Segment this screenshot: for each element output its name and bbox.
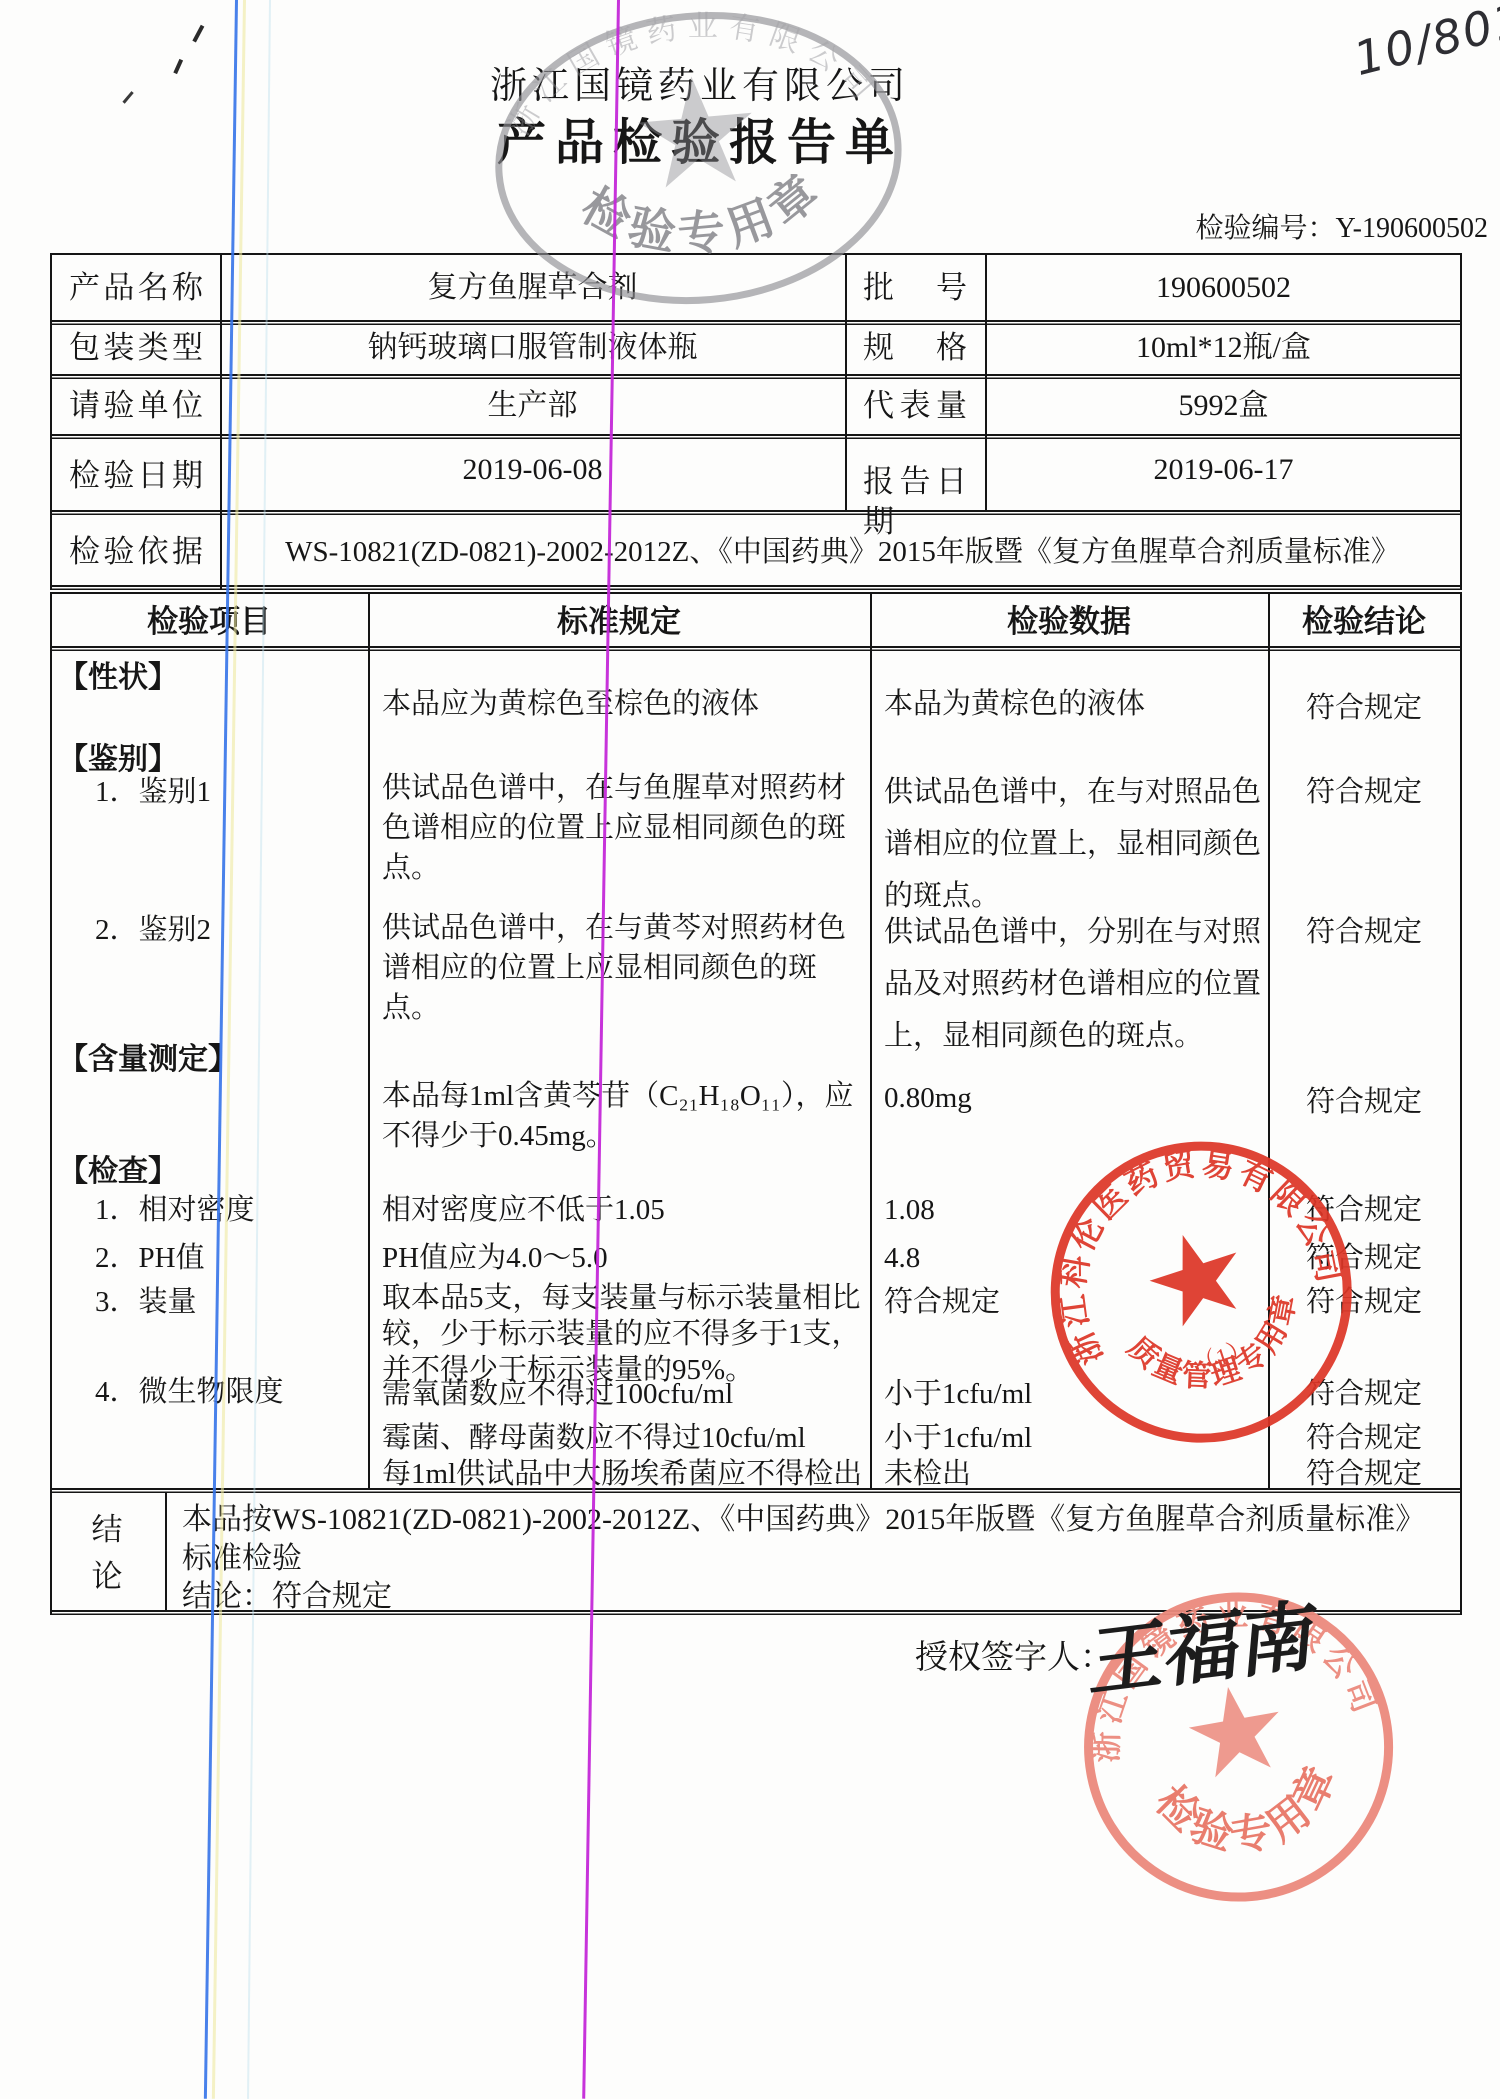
result-identification-1: 符合规定 bbox=[1268, 772, 1460, 812]
std-microbial-2: 霉菌、酵母菌数应不得过10cfu/ml bbox=[382, 1418, 864, 1458]
result-identification-2: 符合规定 bbox=[1268, 912, 1460, 952]
info-label-quantity: 代表量 bbox=[847, 386, 983, 426]
info-value-requester: 生产部 bbox=[222, 386, 843, 426]
std-identification-2: 供试品色谱中，在与黄芩对照药材色谱相应的位置上应显相同颜色的斑点。 bbox=[382, 908, 864, 1028]
stamp-label: 检验专用章 bbox=[1141, 1748, 1358, 1875]
report-page: 10/8019 浙江国镜药业有限公司 产品检验报告单 检验编号：Y-190600… bbox=[0, 0, 1500, 2099]
ink-speck bbox=[192, 25, 209, 46]
data-identification-2: 供试品色谱中，分别在与对照品及对照药材色谱相应的位置上，显相同颜色的斑点。 bbox=[884, 906, 1262, 1062]
std-microbial-1: 需氧菌数应不得过100cfu/ml bbox=[382, 1374, 864, 1414]
info-label-report-date: 报告日期 bbox=[847, 462, 983, 542]
std-density: 相对密度应不低于1.05 bbox=[382, 1190, 864, 1230]
col-header-result: 检验结论 bbox=[1268, 602, 1460, 642]
info-label-basis: 检验依据 bbox=[55, 532, 217, 572]
info-value-report-date: 2019-06-17 bbox=[987, 450, 1460, 490]
std-volume: 取本品5支，每支装量与标示装量相比较，少于标示装量的应不得多于1支，并不得少于标… bbox=[382, 1280, 864, 1388]
col-header-data: 检验数据 bbox=[870, 602, 1268, 642]
item-volume: 3．装量 bbox=[95, 1282, 197, 1322]
data-identification-1: 供试品色谱中，在与对照品色谱相应的位置上，显相同颜色的斑点。 bbox=[884, 766, 1262, 922]
star-icon bbox=[1139, 1221, 1253, 1332]
report-number-label: 检验编号： bbox=[1196, 213, 1336, 244]
info-value-basis: WS-10821(ZD-0821)-2002-2012Z、《中国药典》2015年… bbox=[235, 532, 1450, 572]
svg-text:检验专用章: 检验专用章 bbox=[1141, 1748, 1358, 1875]
std-ph: PH值应为4.0～5.0 bbox=[382, 1238, 864, 1278]
item-density: 1．相对密度 bbox=[95, 1190, 255, 1230]
data-assay: 0.80mg bbox=[884, 1078, 1262, 1118]
conclusion-text: 本品按WS-10821(ZD-0821)-2002-2012Z、《中国药典》20… bbox=[182, 1500, 1444, 1578]
info-label-requester: 请验单位 bbox=[55, 386, 217, 426]
report-number-value: Y-190600502 bbox=[1336, 213, 1488, 244]
scan-line-cyan bbox=[247, 0, 271, 2099]
col-header-item: 检验项目 bbox=[50, 602, 368, 642]
info-value-quantity: 5992盒 bbox=[987, 386, 1460, 426]
item-ph: 2．PH值 bbox=[95, 1238, 205, 1278]
std-identification-1: 供试品色谱中，在与鱼腥草对照药材色谱相应的位置上应显相同颜色的斑点。 bbox=[382, 768, 864, 888]
inspection-stamp-gray: 浙江国镜药业有限公司 检验专用章 bbox=[470, 0, 928, 341]
section-inspection: 【检查】 bbox=[58, 1152, 178, 1192]
col-header-standard: 标准规定 bbox=[368, 602, 870, 642]
info-label-spec: 规格 bbox=[847, 328, 983, 368]
std-assay: 本品每1ml含黄芩苷（C₂₁H₁₈O₁₁），应不得少于0.45mg。 bbox=[382, 1076, 864, 1156]
info-label-package: 包装类型 bbox=[55, 328, 217, 368]
std-appearance: 本品应为黄棕色至棕色的液体 bbox=[382, 684, 864, 724]
std-microbial-3: 每1ml供试品中大肠埃希菌应不得检出 bbox=[382, 1454, 864, 1494]
section-appearance: 【性状】 bbox=[58, 658, 178, 698]
item-identification-2: 2．鉴别2 bbox=[95, 910, 211, 950]
stamp-label: 检验专用章 bbox=[569, 159, 838, 272]
result-microbial-3: 符合规定 bbox=[1268, 1454, 1460, 1494]
info-value-spec: 10ml*12瓶/盒 bbox=[987, 328, 1460, 368]
star-icon bbox=[635, 71, 758, 189]
info-label-test-date: 检验日期 bbox=[55, 456, 217, 496]
section-assay: 【含量测定】 bbox=[58, 1040, 238, 1080]
data-appearance: 本品为黄棕色的液体 bbox=[884, 684, 1262, 724]
info-label-product: 产品名称 bbox=[55, 268, 217, 308]
svg-text:检验专用章: 检验专用章 bbox=[569, 159, 838, 272]
result-appearance: 符合规定 bbox=[1268, 688, 1460, 728]
item-identification-1: 1．鉴别1 bbox=[95, 772, 211, 812]
info-value-test-date: 2019-06-08 bbox=[222, 450, 843, 490]
report-number: 检验编号：Y-190600502 bbox=[1196, 206, 1488, 246]
info-value-batch: 190600502 bbox=[987, 268, 1460, 308]
conclusion-label: 结论 bbox=[88, 1506, 126, 1600]
